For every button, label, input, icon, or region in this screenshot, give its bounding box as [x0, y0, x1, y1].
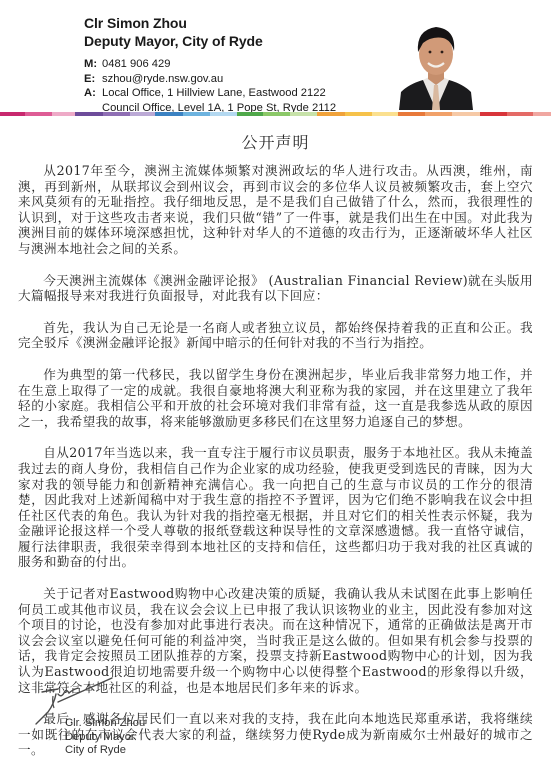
name-block: Clr Simon Zhou Deputy Mayor, City of Ryd… — [84, 14, 263, 50]
signatory-council: City of Ryde — [65, 744, 145, 757]
color-segment — [533, 112, 551, 116]
signature-block: Clr. Simon Zhou Deputy Mayor City of Ryd… — [28, 672, 248, 752]
color-segment — [398, 112, 425, 116]
signatory-title: Deputy Mayor — [65, 731, 145, 745]
color-segment — [0, 112, 25, 116]
portrait-icon — [399, 16, 473, 110]
contact-label: M: — [84, 57, 102, 72]
color-segment — [480, 112, 507, 116]
color-segment — [183, 112, 210, 116]
color-segment — [372, 112, 398, 116]
color-bar — [0, 112, 551, 116]
contact-label: E: — [84, 72, 102, 87]
color-segment — [52, 112, 75, 116]
councillor-position: Deputy Mayor, City of Ryde — [84, 32, 263, 50]
color-segment — [103, 112, 130, 116]
document-title: 公开声明 — [0, 130, 551, 153]
paragraph-4: 作为典型的第一代移民，我以留学生身份在澳洲起步，毕业后我非常努力地工作，并在生意… — [18, 367, 533, 429]
contact-email: E: szhou@ryde.nsw.gov.au — [84, 72, 336, 87]
contact-address: A: Local Office, 1 Hillview Lane, Eastwo… — [84, 86, 336, 101]
councillor-name: Clr Simon Zhou — [84, 14, 263, 32]
contact-details: M: 0481 906 429 E: szhou@ryde.nsw.gov.au… — [84, 57, 336, 115]
email-address: szhou@ryde.nsw.gov.au — [102, 72, 223, 87]
paragraph-5: 自从2017年当选以来，我一直专注于履行市议员职责，服务于本地社区。我从未掩盖我… — [18, 445, 533, 570]
mobile-number: 0481 906 429 — [102, 57, 170, 72]
color-segment — [155, 112, 183, 116]
local-office-address: Local Office, 1 Hillview Lane, Eastwood … — [102, 86, 326, 101]
signatory-name: Clr. Simon Zhou — [65, 717, 145, 731]
color-segment — [263, 112, 290, 116]
color-segment — [507, 112, 533, 116]
color-segment — [75, 112, 103, 116]
paragraph-1: 从2017年至今，澳洲主流媒体频繁对澳洲政坛的华人进行攻击。从西澳，维州，南澳，… — [18, 163, 533, 257]
color-segment — [210, 112, 237, 116]
portrait-photo — [399, 16, 473, 110]
signature-lines: Clr. Simon Zhou Deputy Mayor City of Ryd… — [65, 717, 145, 757]
statement-body: 从2017年至今，澳洲主流媒体频繁对澳洲政坛的华人进行攻击。从西澳，维州，南澳，… — [18, 163, 533, 757]
paragraph-2: 今天澳洲主流媒体《澳洲金融评论报》 (Australian Financial … — [18, 273, 533, 304]
color-segment — [237, 112, 263, 116]
color-segment — [130, 112, 155, 116]
contact-mobile: M: 0481 906 429 — [84, 57, 336, 72]
color-segment — [345, 112, 372, 116]
color-segment — [452, 112, 480, 116]
letterhead: Clr Simon Zhou Deputy Mayor, City of Ryd… — [0, 0, 551, 118]
color-segment — [425, 112, 452, 116]
paragraph-3: 首先，我认为自己无论是一名商人或者独立议员，都始终保持着我的正直和公正。我完全驳… — [18, 320, 533, 351]
color-segment — [317, 112, 345, 116]
color-segment — [25, 112, 52, 116]
contact-label: A: — [84, 86, 102, 101]
color-segment — [290, 112, 317, 116]
